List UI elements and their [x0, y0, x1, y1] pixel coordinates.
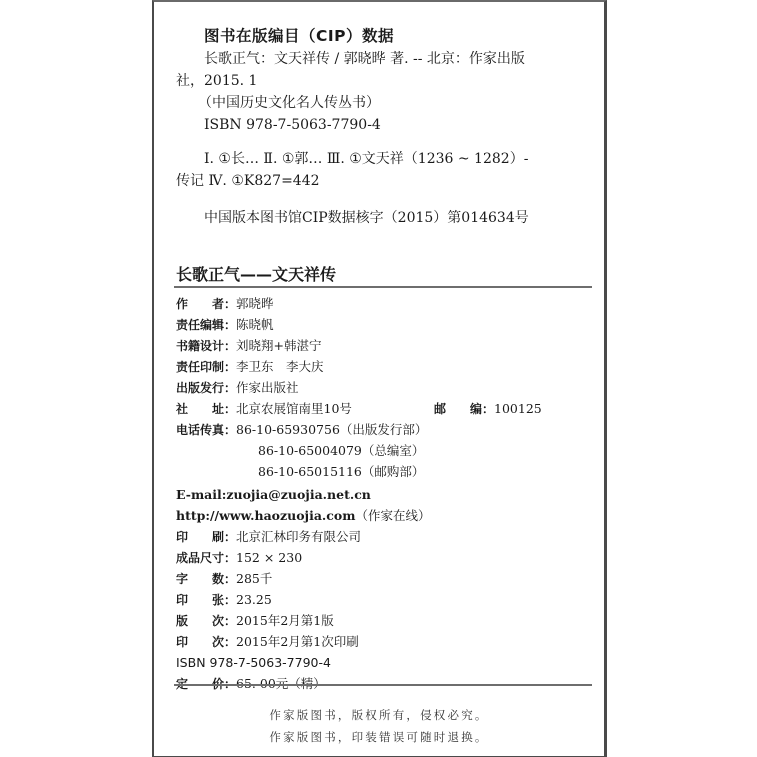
- edition-value: 2015年2月第1版: [236, 613, 334, 628]
- colophon-edition: 版 次：2015年2月第1版: [176, 610, 334, 632]
- cip-verification-number: 中国版本图书馆CIP数据核字（2015）第014634号: [204, 207, 529, 229]
- cip-classification-line1: Ⅰ. ①长… Ⅱ. ①郭… Ⅲ. ①文天祥（1236 ~ 1282）-: [204, 148, 528, 170]
- colophon-word-count: 字 数：285千: [176, 568, 272, 590]
- footer-divider: [174, 684, 592, 686]
- printer-value: 北京汇林印务有限公司: [236, 529, 361, 544]
- cip-line-series: （中国历史文化名人传丛书）: [198, 92, 380, 114]
- colophon-print-supervisor: 责任印制：李卫东 李大庆: [176, 356, 324, 378]
- address-value: 北京农展馆南里10号: [236, 401, 352, 416]
- colophon-size: 成品尺寸：152 × 230: [176, 547, 302, 569]
- colophon-address: 社 址：北京农展馆南里10号: [176, 398, 352, 420]
- publisher-email: E-mail:zuojia@zuojia.net.cn: [176, 484, 371, 505]
- cip-classification-line2: 传记 Ⅳ. ①K827=442: [176, 170, 320, 192]
- size-label: 成品尺寸：: [176, 548, 236, 569]
- colophon-design: 书籍设计：刘晓翔+韩湛宁: [176, 335, 322, 357]
- design-value: 刘晓翔+韩湛宁: [236, 338, 321, 353]
- design-label: 书籍设计：: [176, 336, 236, 357]
- sheets-value: 23.25: [236, 592, 272, 607]
- colophon-sheets: 印 张：23.25: [176, 589, 272, 611]
- colophon-isbn: ISBN 978-7-5063-7790-4: [176, 652, 331, 673]
- colophon-website: http://www.haozuojia.com（作家在线）: [176, 505, 430, 526]
- cip-line-title: 长歌正气：文天祥传 / 郭晓晔 著. -- 北京：作家出版: [204, 48, 525, 70]
- phone-label: 电话传真：: [176, 420, 236, 441]
- phone-value-2: 86-10-65004079（总编室）: [258, 440, 424, 461]
- colophon-impression: 印 次：2015年2月第1次印刷: [176, 631, 359, 653]
- website-note: （作家在线）: [355, 508, 430, 523]
- copyright-page: 图书在版编目（CIP）数据 长歌正气：文天祥传 / 郭晓晔 著. -- 北京：作…: [152, 0, 607, 757]
- editor-value: 陈晓帆: [236, 317, 274, 332]
- word-count-value: 285千: [236, 571, 272, 586]
- title-divider: [174, 286, 592, 288]
- cip-line-publisher-year: 社，2015. 1: [176, 70, 257, 92]
- edition-label: 版 次：: [176, 611, 236, 632]
- address-label: 社 址：: [176, 399, 236, 420]
- impression-label: 印 次：: [176, 632, 236, 653]
- publisher-value: 作家出版社: [236, 380, 299, 395]
- cip-line-isbn: ISBN 978-7-5063-7790-4: [204, 114, 381, 136]
- print-supervisor-value: 李卫东 李大庆: [236, 359, 324, 374]
- postcode-label: 邮 编：: [434, 399, 494, 420]
- colophon-postcode: 邮 编：100125: [434, 398, 542, 420]
- publisher-website: http://www.haozuojia.com: [176, 508, 355, 523]
- editor-label: 责任编辑：: [176, 315, 236, 336]
- colophon-publisher: 出版发行：作家出版社: [176, 377, 299, 399]
- colophon-phone: 电话传真：86-10-65930756（出版发行部）: [176, 419, 427, 441]
- publisher-label: 出版发行：: [176, 378, 236, 399]
- replacement-notice: 作家版图书，印装错误可随时退换。: [154, 729, 604, 745]
- phone-value-3: 86-10-65015116（邮购部）: [258, 461, 424, 482]
- book-title: 长歌正气——文天祥传: [176, 262, 336, 285]
- colophon-printer: 印 刷：北京汇林印务有限公司: [176, 526, 361, 548]
- colophon-author: 作 者：郭晓晔: [176, 293, 274, 315]
- printer-label: 印 刷：: [176, 527, 236, 548]
- author-label: 作 者：: [176, 294, 236, 315]
- copyright-notice: 作家版图书，版权所有，侵权必究。: [154, 707, 604, 723]
- cip-heading: 图书在版编目（CIP）数据: [204, 24, 394, 46]
- phone-value-1: 86-10-65930756（出版发行部）: [236, 422, 427, 437]
- postcode-value: 100125: [494, 401, 542, 416]
- print-supervisor-label: 责任印制：: [176, 357, 236, 378]
- author-value: 郭晓晔: [236, 296, 274, 311]
- word-count-label: 字 数：: [176, 569, 236, 590]
- colophon-editor: 责任编辑：陈晓帆: [176, 314, 274, 336]
- impression-value: 2015年2月第1次印刷: [236, 634, 359, 649]
- size-value: 152 × 230: [236, 550, 302, 565]
- sheets-label: 印 张：: [176, 590, 236, 611]
